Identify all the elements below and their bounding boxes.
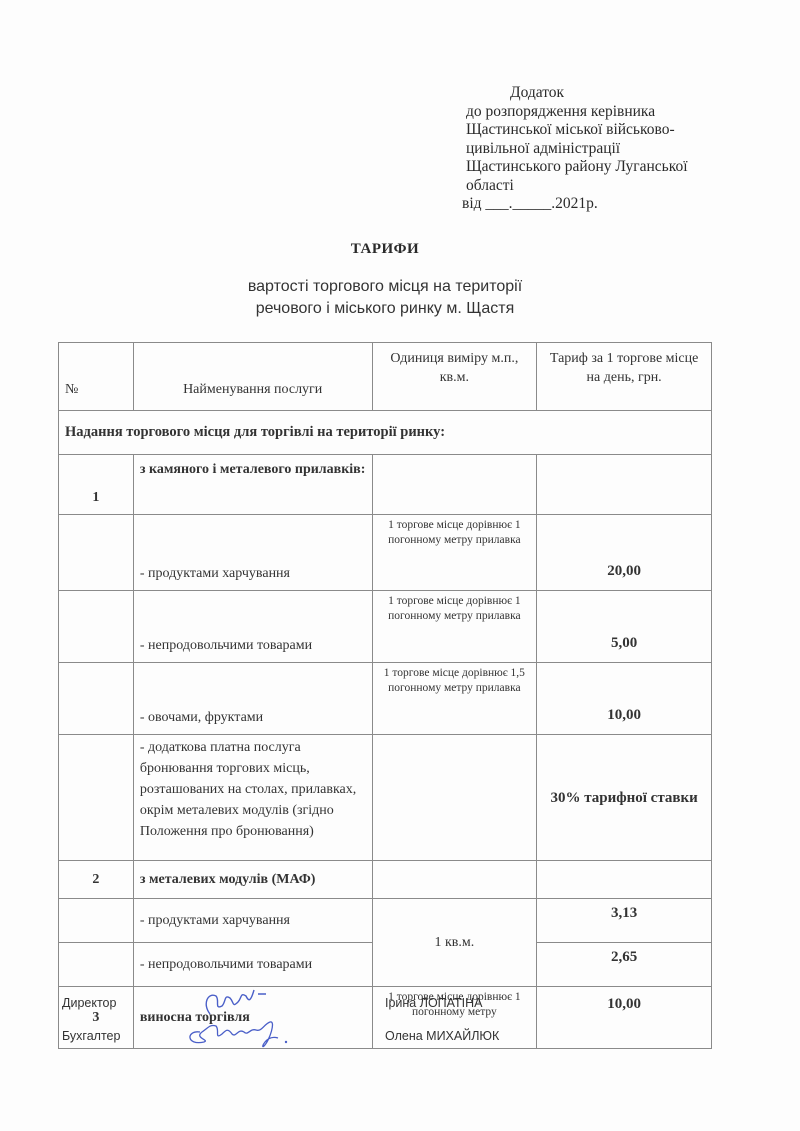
table-row: - продуктами харчування 1 кв.м. 3,13	[59, 899, 712, 943]
row-num: 2	[59, 861, 134, 899]
row-num	[59, 591, 134, 663]
addendum-title: Додаток	[466, 84, 688, 103]
row-tariff: 10,00	[537, 663, 712, 735]
table-row: - овочами, фруктами 1 торгове місце дорі…	[59, 663, 712, 735]
header-tariff: Тариф за 1 торгове місце на день, грн.	[537, 343, 712, 411]
subtitle-line-1: вартості торгового місця на території	[0, 276, 770, 298]
addendum-block: Додаток до розпорядження керівника Щасти…	[466, 84, 688, 214]
row-name: - продуктами харчування	[133, 899, 372, 943]
row-num	[59, 899, 134, 943]
header-num: №	[59, 343, 134, 411]
row-tariff: 2,65	[537, 943, 712, 987]
document-subtitle: вартості торгового місця на території ре…	[0, 276, 770, 320]
director-label: Директор	[62, 996, 116, 1010]
row-num: 1	[59, 455, 134, 515]
row-tariff: 5,00	[537, 591, 712, 663]
row-name: - непродовольчими товарами	[133, 591, 372, 663]
row-name: - овочами, фруктами	[133, 663, 372, 735]
row-num	[59, 943, 134, 987]
tariffs-table: № Найменування послуги Одиниця виміру м.…	[58, 342, 712, 1049]
addendum-date: від ___._____.2021р.	[462, 195, 688, 214]
document-title: ТАРИФИ	[0, 241, 770, 258]
director-name: Ірина ЛОПАТІНА	[385, 996, 482, 1010]
row-tariff: 3,13	[537, 899, 712, 943]
row-tariff: 10,00	[537, 987, 712, 1049]
row-tariff: 20,00	[537, 515, 712, 591]
row-tariff	[537, 455, 712, 515]
row-name: - додаткова платна послуга бронювання то…	[133, 735, 372, 861]
row-name: з камяного і металевого прилавків:	[133, 455, 372, 515]
table-row: 1 з камяного і металевого прилавків:	[59, 455, 712, 515]
section-title: Надання торгового місця для торгівлі на …	[59, 411, 712, 455]
header-unit: Одиниця виміру м.п., кв.м.	[372, 343, 537, 411]
row-unit	[372, 455, 537, 515]
addendum-line: області	[466, 177, 688, 196]
row-name: - продуктами харчування	[133, 515, 372, 591]
addendum-line: Щастинської міської військово-	[466, 121, 688, 140]
header-name: Найменування послуги	[133, 343, 372, 411]
row-unit: 1 торгове місце дорівнює 1 погонному мет…	[372, 515, 537, 591]
row-name: - непродовольчими товарами	[133, 943, 372, 987]
row-unit: 1 кв.м.	[372, 899, 537, 987]
table-header-row: № Найменування послуги Одиниця виміру м.…	[59, 343, 712, 411]
row-tariff	[537, 861, 712, 899]
addendum-line: цивільної адміністрації	[466, 140, 688, 159]
table-row: - додаткова платна послуга бронювання то…	[59, 735, 712, 861]
table-row: - непродовольчими товарами 1 торгове міс…	[59, 591, 712, 663]
table-section-row: Надання торгового місця для торгівлі на …	[59, 411, 712, 455]
signature-icon	[180, 984, 300, 1054]
table-row: 2 з металевих модулів (МАФ)	[59, 861, 712, 899]
row-num	[59, 515, 134, 591]
row-tariff: 30% тарифної ставки	[537, 735, 712, 861]
addendum-line: до розпорядження керівника	[466, 103, 688, 122]
accountant-name: Олена МИХАЙЛЮК	[385, 1029, 499, 1043]
row-num	[59, 735, 134, 861]
row-unit: 1 торгове місце дорівнює 1,5 погонному м…	[372, 663, 537, 735]
row-unit	[372, 861, 537, 899]
row-unit	[372, 735, 537, 861]
accountant-label: Бухгалтер	[62, 1029, 120, 1043]
table-row: - продуктами харчування 1 торгове місце …	[59, 515, 712, 591]
subtitle-line-2: речового і міського ринку м. Щастя	[0, 298, 770, 320]
row-num	[59, 663, 134, 735]
row-name: з металевих модулів (МАФ)	[133, 861, 372, 899]
row-unit: 1 торгове місце дорівнює 1 погонному мет…	[372, 591, 537, 663]
addendum-line: Щастинського району Луганської	[466, 158, 688, 177]
